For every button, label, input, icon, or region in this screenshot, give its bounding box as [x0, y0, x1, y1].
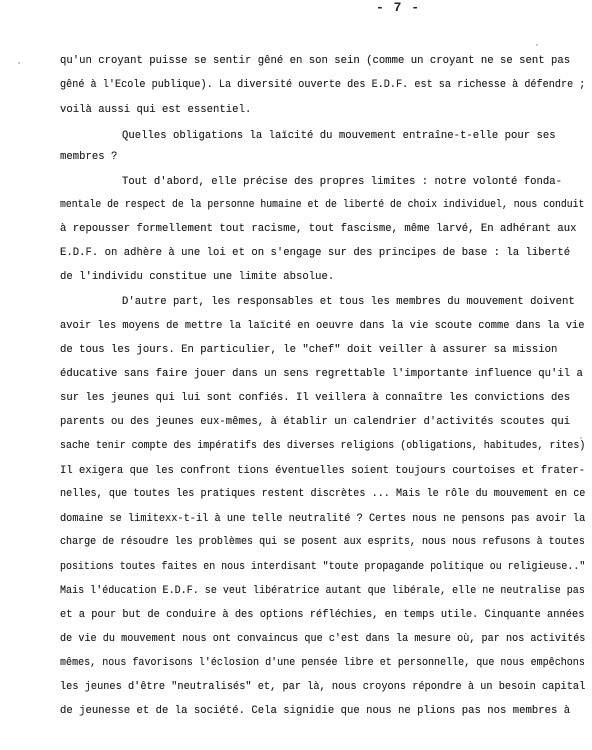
text-line: mentale de respect de la personne humain… — [60, 198, 584, 212]
text-line: et a pour but de conduire à des options … — [60, 608, 584, 622]
text-line: charge de résoudre les problèmes qui se … — [60, 535, 585, 549]
text-line: parents ou des jeunes eux-mêmes, à établ… — [60, 415, 570, 429]
text-line: gêné à l'Ecole publique). La diversité o… — [60, 78, 585, 92]
text-line: domaine se limitexx-t-il à une telle neu… — [60, 512, 585, 526]
text-line: nelles, que toutes les pratiques restent… — [60, 487, 585, 501]
text-line: mêmes, nous favorisons l'éclosion d'une … — [60, 656, 585, 670]
text-line: D'autre part, les responsables et tous l… — [122, 295, 575, 309]
text-line: à repousser formellement tout racisme, t… — [60, 222, 577, 236]
text-line: de jeunesse et de la société. Cela signi… — [60, 704, 570, 718]
scan-speck — [18, 62, 20, 64]
text-line: les jeunes d'être "neutralisés" et, par … — [60, 680, 585, 694]
text-line: Quelles obligations la laïcité du mouvem… — [122, 129, 556, 143]
text-line: E.D.F. on adhère à une loi et on s'engag… — [60, 246, 570, 260]
scan-speck — [536, 44, 538, 46]
text-line: sache tenir compte des impératifs des di… — [60, 439, 585, 453]
text-line: Il exigera que les confront tions éventu… — [60, 464, 585, 478]
scan-speck — [580, 437, 582, 439]
text-line: de l'individu constitue une limite absol… — [60, 270, 334, 284]
text-line: positions toutes faites en nous interdis… — [60, 560, 585, 574]
text-line: de tous les jours. En particulier, le "c… — [60, 343, 557, 357]
text-line: avoir les moyens de mettre la laïcité en… — [60, 319, 584, 333]
text-line: qu'un croyant puisse se sentir gêné en s… — [60, 54, 570, 68]
text-line: Mais l'éducation E.D.F. se veut libératr… — [60, 584, 585, 598]
text-line: Tout d'abord, elle précise des propres l… — [122, 175, 562, 189]
text-line: sur les jeunes qui lui sont confiés. Il … — [60, 391, 570, 405]
text-line: membres ? — [60, 150, 117, 164]
text-line: éducative sans faire jouer dans un sens … — [60, 367, 583, 381]
document-page: - 7 - qu'un croyant puisse se sentir gên… — [0, 0, 592, 750]
text-line: de vie du mouvement nous ont convaincus … — [60, 632, 585, 646]
text-line: voilà aussi qui est essentiel. — [60, 103, 251, 117]
page-number: - 7 - — [376, 0, 420, 15]
